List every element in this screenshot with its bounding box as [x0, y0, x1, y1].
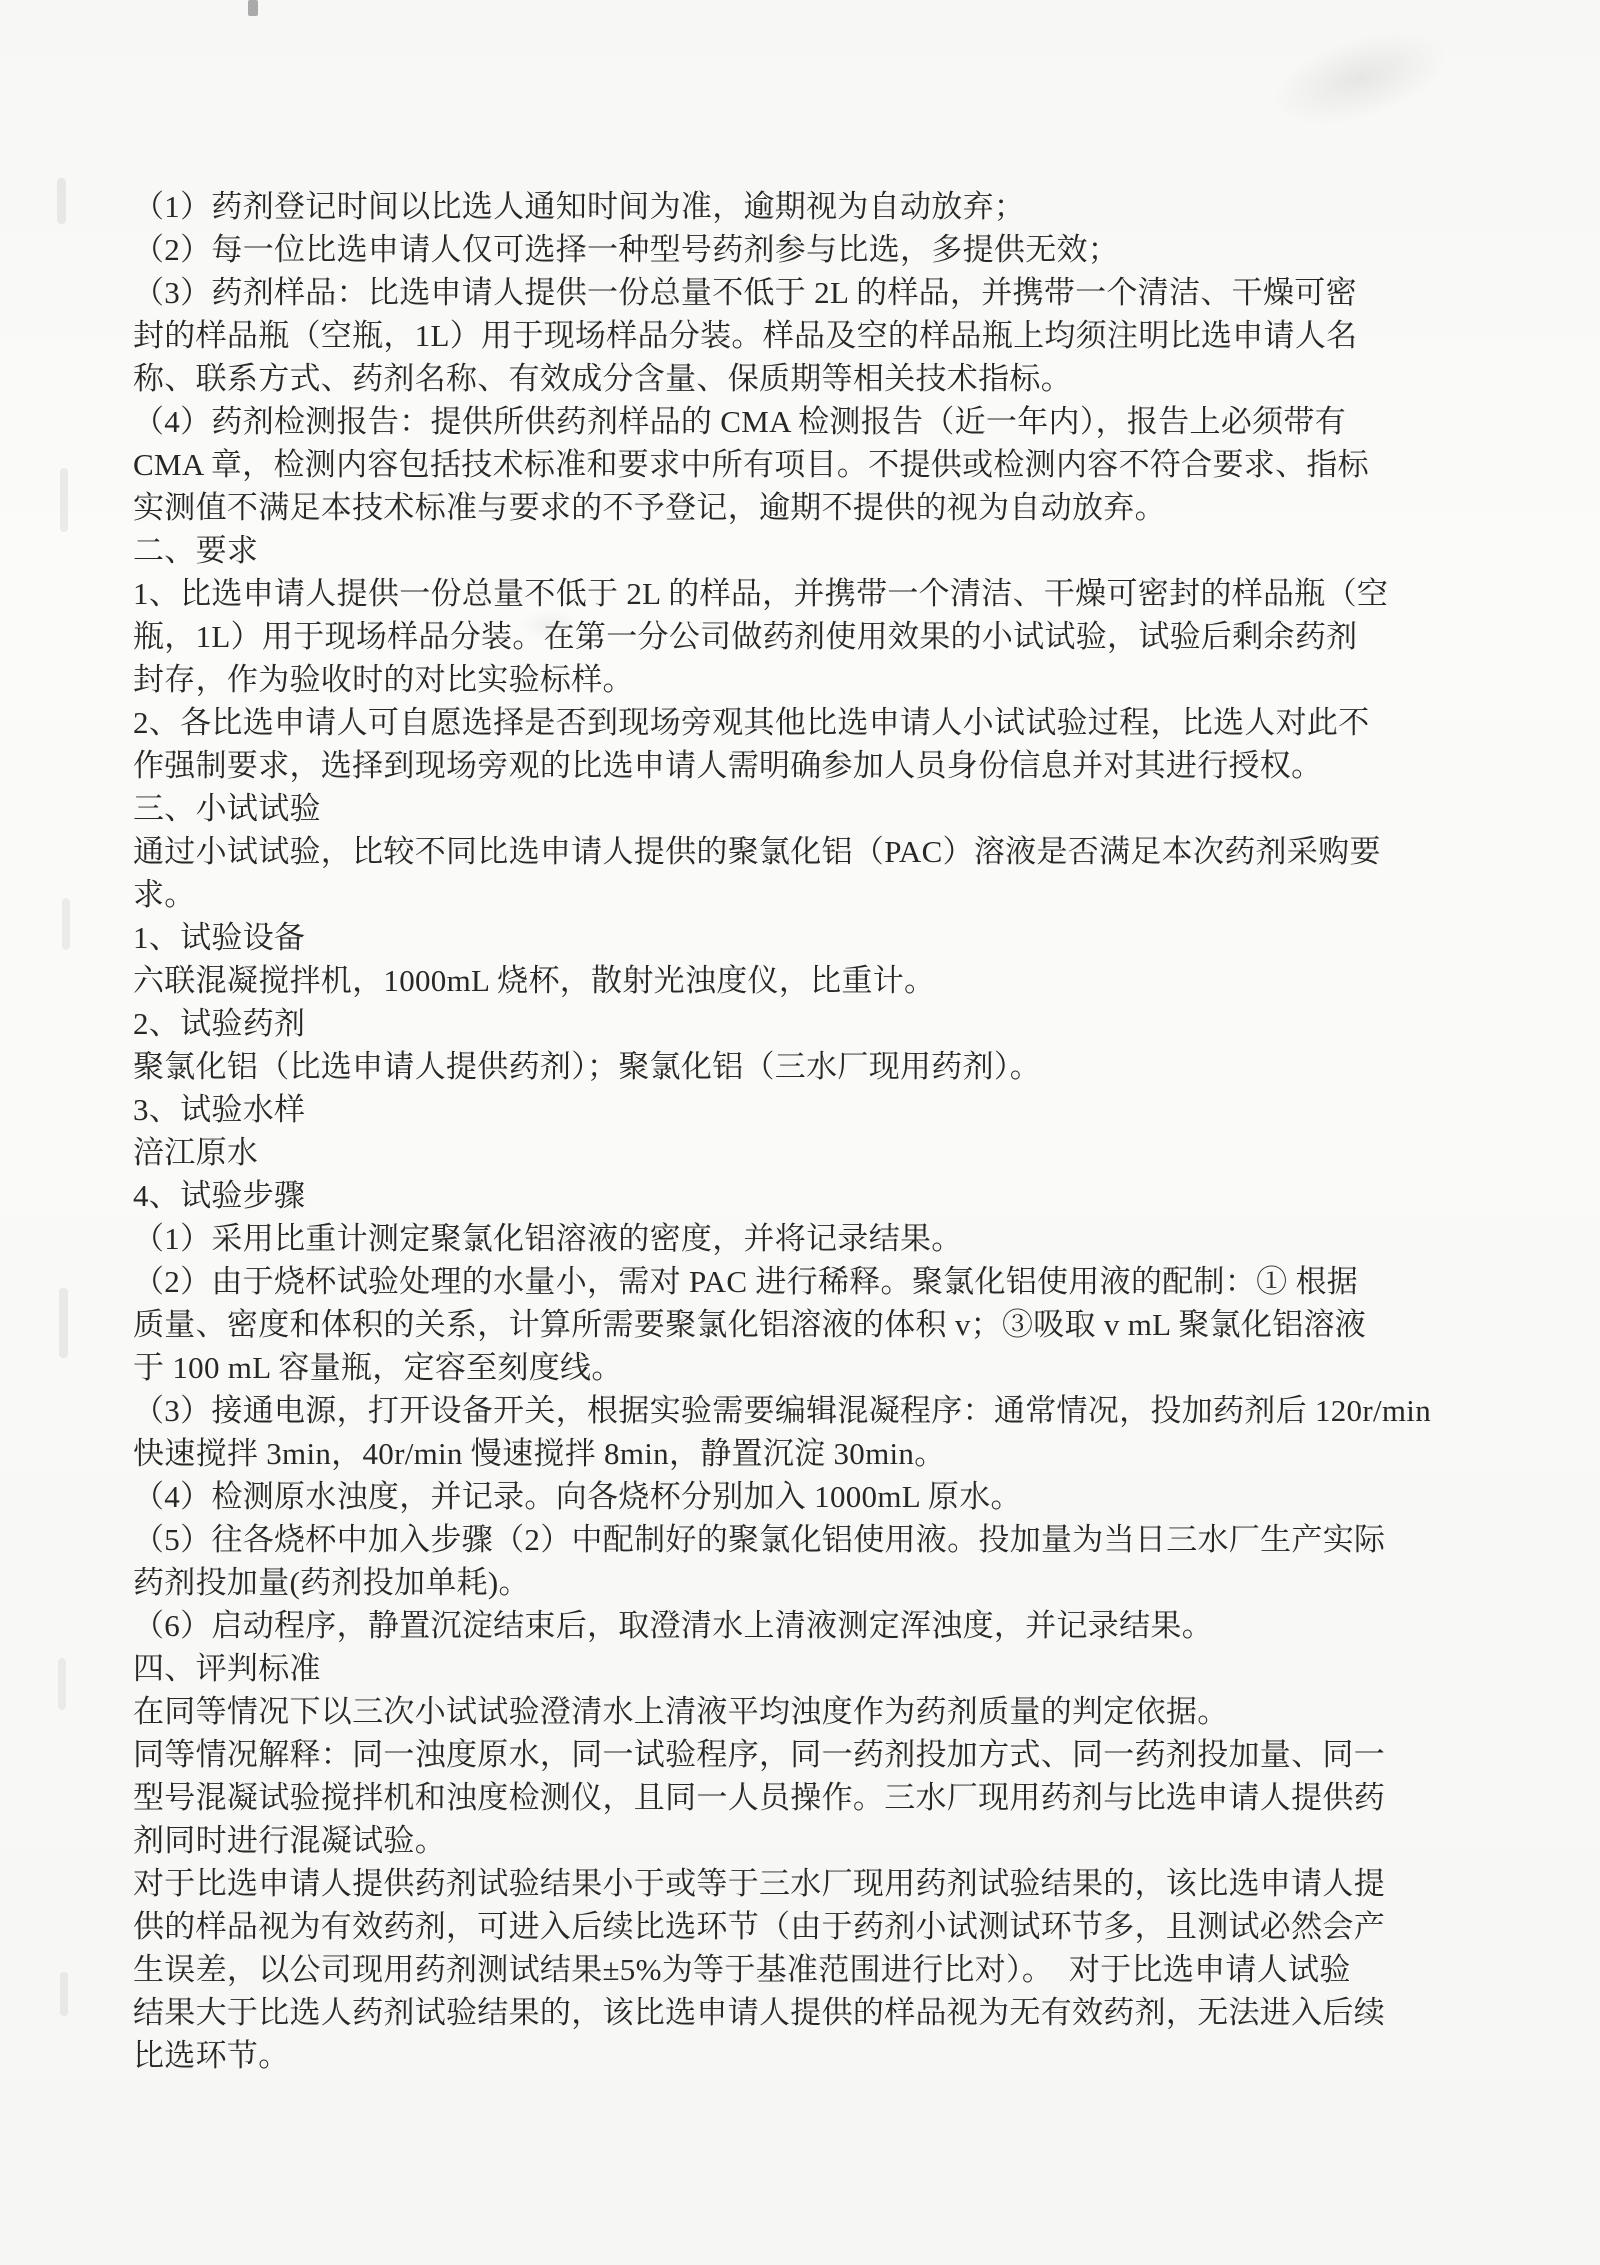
document-text-block: （1）药剂登记时间以比选人通知时间为准，逾期视为自动放弃； （2）每一位比选申请…	[133, 185, 1473, 2077]
scan-artifact	[60, 1972, 68, 2016]
text-line: （3）药剂样品：比选申请人提供一份总量不低于 2L 的样品，并携带一个清洁、干燥…	[133, 271, 1473, 314]
text-line: 通过小试试验，比较不同比选申请人提供的聚氯化铝（PAC）溶液是否满足本次药剂采购…	[133, 830, 1473, 873]
text-line: 求。	[133, 873, 1473, 916]
text-line: （1）采用比重计测定聚氯化铝溶液的密度，并将记录结果。	[133, 1217, 1473, 1260]
text-line: （3）接通电源，打开设备开关，根据实验需要编辑混凝程序：通常情况，投加药剂后 1…	[133, 1389, 1473, 1432]
text-line: 于 100 mL 容量瓶，定容至刻度线。	[133, 1346, 1473, 1389]
text-line: 涪江原水	[133, 1131, 1473, 1174]
text-line: （2）每一位比选申请人仅可选择一种型号药剂参与比选，多提供无效；	[133, 228, 1473, 271]
scan-artifact	[60, 468, 68, 532]
text-line: 剂同时进行混凝试验。	[133, 1819, 1473, 1862]
text-line: 实测值不满足本技术标准与要求的不予登记，逾期不提供的视为自动放弃。	[133, 486, 1473, 529]
section-heading-bench-test: 三、小试试验	[133, 787, 1473, 830]
scan-artifact	[58, 1658, 66, 1710]
text-line: （4）药剂检测报告：提供所供药剂样品的 CMA 检测报告（近一年内），报告上必须…	[133, 400, 1473, 443]
text-line: 1、比选申请人提供一份总量不低于 2L 的样品，并携带一个清洁、干燥可密封的样品…	[133, 572, 1473, 615]
scanned-document-page: （1）药剂登记时间以比选人通知时间为准，逾期视为自动放弃； （2）每一位比选申请…	[0, 0, 1600, 2265]
subheading-water-sample: 3、试验水样	[133, 1088, 1473, 1131]
text-line: 结果大于比选人药剂试验结果的，该比选申请人提供的样品视为无有效药剂，无法进入后续	[133, 1991, 1473, 2034]
text-line: 瓶，1L）用于现场样品分装。在第一分公司做药剂使用效果的小试试验，试验后剩余药剂	[133, 615, 1473, 658]
text-line: （5）往各烧杯中加入步骤（2）中配制好的聚氯化铝使用液。投加量为当日三水厂生产实…	[133, 1518, 1473, 1561]
scan-artifact	[59, 1288, 68, 1358]
subheading-equipment: 1、试验设备	[133, 916, 1473, 959]
text-line: （2）由于烧杯试验处理的水量小，需对 PAC 进行稀释。聚氯化铝使用液的配制：①…	[133, 1260, 1473, 1303]
section-heading-requirements: 二、要求	[133, 529, 1473, 572]
subheading-procedure: 4、试验步骤	[133, 1174, 1473, 1217]
scan-artifact	[62, 898, 70, 950]
text-line: 型号混凝试验搅拌机和浊度检测仪，且同一人员操作。三水厂现用药剂与比选申请人提供药	[133, 1776, 1473, 1819]
text-line: （4）检测原水浊度，并记录。向各烧杯分别加入 1000mL 原水。	[133, 1475, 1473, 1518]
text-line: 药剂投加量(药剂投加单耗)。	[133, 1561, 1473, 1604]
text-line: 供的样品视为有效药剂，可进入后续比选环节（由于药剂小试测试环节多，且测试必然会产	[133, 1905, 1473, 1948]
text-line: 同等情况解释：同一浊度原水，同一试验程序，同一药剂投加方式、同一药剂投加量、同一	[133, 1733, 1473, 1776]
text-line: 六联混凝搅拌机，1000mL 烧杯，散射光浊度仪，比重计。	[133, 959, 1473, 1002]
subheading-reagents: 2、试验药剂	[133, 1002, 1473, 1045]
scan-artifact	[1262, 12, 1458, 144]
text-line: 作强制要求，选择到现场旁观的比选申请人需明确参加人员身份信息并对其进行授权。	[133, 744, 1473, 787]
section-heading-criteria: 四、评判标准	[133, 1647, 1473, 1690]
text-line: 封的样品瓶（空瓶，1L）用于现场样品分装。样品及空的样品瓶上均须注明比选申请人名	[133, 314, 1473, 357]
text-line: 在同等情况下以三次小试试验澄清水上清液平均浊度作为药剂质量的判定依据。	[133, 1690, 1473, 1733]
text-line: 封存，作为验收时的对比实验标样。	[133, 658, 1473, 701]
text-line: （1）药剂登记时间以比选人通知时间为准，逾期视为自动放弃；	[133, 185, 1473, 228]
text-line: 称、联系方式、药剂名称、有效成分含量、保质期等相关技术指标。	[133, 357, 1473, 400]
text-line: 质量、密度和体积的关系，计算所需要聚氯化铝溶液的体积 v；③吸取 v mL 聚氯…	[133, 1303, 1473, 1346]
scan-artifact	[57, 178, 66, 224]
scan-artifact	[248, 0, 258, 16]
text-line: CMA 章，检测内容包括技术标准和要求中所有项目。不提供或检测内容不符合要求、指…	[133, 443, 1473, 486]
text-line: 聚氯化铝（比选申请人提供药剂）；聚氯化铝（三水厂现用药剂）。	[133, 1045, 1473, 1088]
text-line: （6）启动程序，静置沉淀结束后，取澄清水上清液测定浑浊度，并记录结果。	[133, 1604, 1473, 1647]
text-line: 比选环节。	[133, 2034, 1473, 2077]
text-line: 2、各比选申请人可自愿选择是否到现场旁观其他比选申请人小试试验过程，比选人对此不	[133, 701, 1473, 744]
text-line: 对于比选申请人提供药剂试验结果小于或等于三水厂现用药剂试验结果的，该比选申请人提	[133, 1862, 1473, 1905]
text-line: 快速搅拌 3min，40r/min 慢速搅拌 8min，静置沉淀 30min。	[133, 1432, 1473, 1475]
text-line: 生误差，以公司现用药剂测试结果±5%为等于基准范围进行比对）。 对于比选申请人试…	[133, 1948, 1473, 1991]
